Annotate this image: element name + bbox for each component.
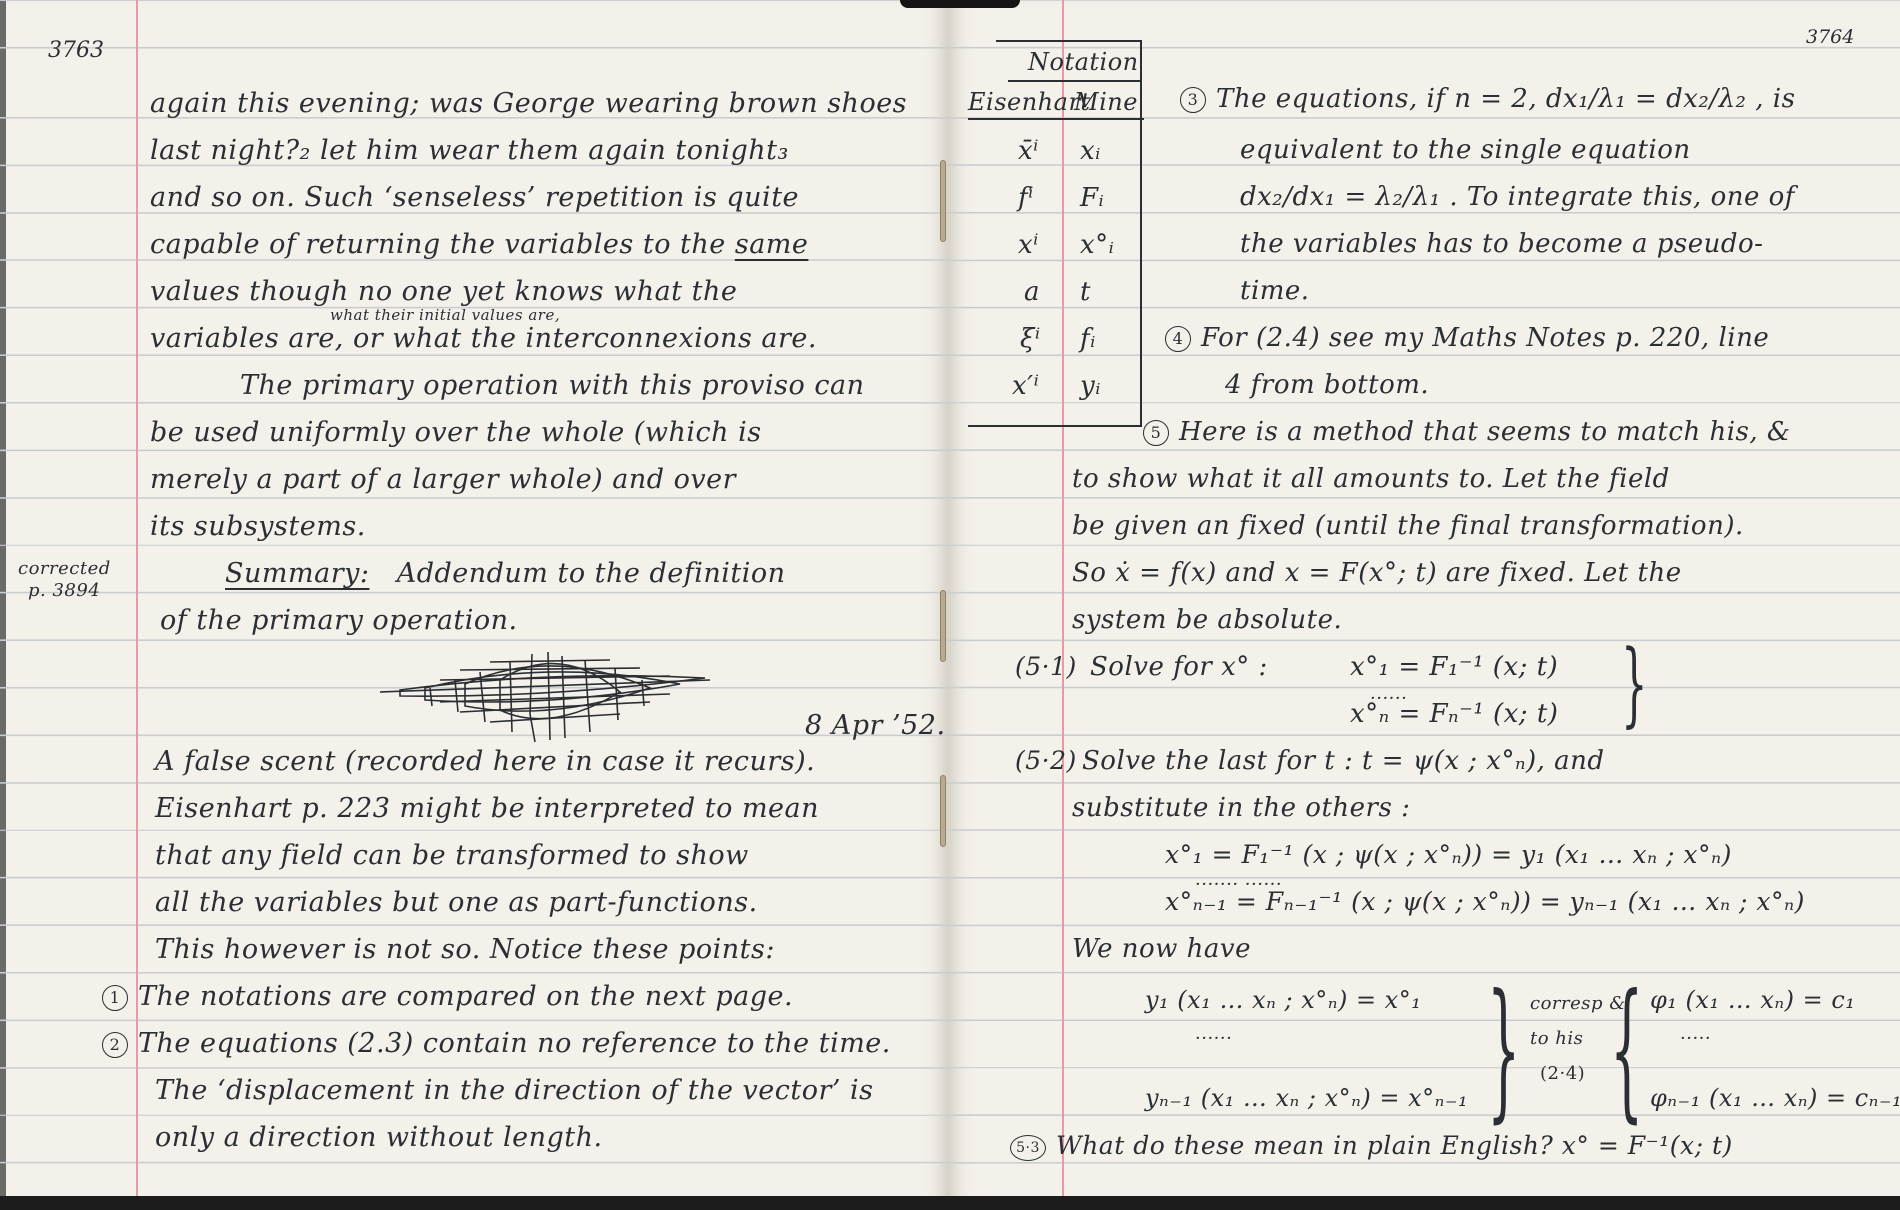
text-line: merely a part of a larger whole) and ove… xyxy=(150,466,736,493)
equation-text: Solve for x° : xyxy=(1090,654,1268,680)
circled-number: 5·3 xyxy=(1010,1135,1046,1161)
equation-row: y₁ (x₁ … xₙ ; x°ₙ) = x°₁ xyxy=(1145,988,1421,1012)
text-line: equivalent to the single equation xyxy=(1240,137,1691,163)
equation-row: x°ₙ = Fₙ⁻¹ (x; t) xyxy=(1350,701,1558,727)
point-text: Here is a method that seems to match his… xyxy=(1179,417,1791,447)
binding-thread xyxy=(940,775,946,847)
page-number: 3764 xyxy=(1806,26,1854,48)
equation-dots: ······ xyxy=(1195,1030,1232,1048)
text-line: 4 from bottom. xyxy=(1225,372,1429,398)
equation-dots: ····· xyxy=(1680,1030,1711,1048)
table-cell: x′ⁱ xyxy=(1012,373,1039,399)
point-5-line: 5Here is a method that seems to match hi… xyxy=(1143,419,1791,446)
summary-line: Summary: Addendum to the definition xyxy=(225,560,786,587)
text-line: all the variables but one as part-functi… xyxy=(155,889,758,916)
point-text: The equations, if n = 2, dx₁/λ₁ = dx₂/λ₂… xyxy=(1216,84,1795,114)
binding-thread xyxy=(940,590,946,662)
text-line: This however is not so. Notice these poi… xyxy=(155,936,775,963)
summary-text: Addendum to the definition xyxy=(397,558,786,589)
numbered-point: 1The notations are compared on the next … xyxy=(102,983,793,1011)
text-fragment: capable of returning the variables to th… xyxy=(150,229,735,260)
table-border xyxy=(968,425,1142,427)
text-line: only a direction without length. xyxy=(155,1124,603,1151)
insertion-note: what their initial values are, xyxy=(330,308,560,323)
question-text: What do these mean in plain English? x° … xyxy=(1056,1131,1733,1160)
table-cell: t xyxy=(1080,279,1091,305)
numbered-point: 2The equations (2.3) contain no referenc… xyxy=(102,1030,891,1058)
text-line: to show what it all amounts to. Let the … xyxy=(1072,466,1670,492)
text-line: Eisenhart p. 223 might be interpreted to… xyxy=(155,795,819,822)
circled-number: 2 xyxy=(102,1032,128,1058)
text-line: be given an fixed (until the final trans… xyxy=(1072,513,1744,539)
table-cell: fⁱ xyxy=(1018,185,1034,211)
table-border xyxy=(1008,80,1142,82)
equation-row: φₙ₋₁ (x₁ … xₙ) = cₙ₋₁ xyxy=(1650,1086,1900,1110)
question-line: 5·3What do these mean in plain English? … xyxy=(1010,1133,1733,1161)
text-line: substitute in the others : xyxy=(1072,795,1410,821)
equation-row: φ₁ (x₁ … xₙ) = c₁ xyxy=(1650,988,1855,1012)
text-line: A false scent (recorded here in case it … xyxy=(155,748,815,775)
equation-row: x°₁ = F₁⁻¹ (x; t) xyxy=(1350,654,1558,680)
page-bottom-edge xyxy=(948,1196,1900,1210)
text-line: The primary operation with this proviso … xyxy=(240,372,864,399)
text-line: We now have xyxy=(1072,936,1251,962)
point-text: For (2.4) see my Maths Notes p. 220, lin… xyxy=(1201,323,1769,353)
circled-number: 3 xyxy=(1180,87,1206,113)
equation-text: Solve the last for t : t = ψ(x ; x°ₙ), a… xyxy=(1082,748,1605,774)
text-line: of the primary operation. xyxy=(160,607,518,634)
text-line: that any field can be transformed to sho… xyxy=(155,842,749,869)
spine-top xyxy=(900,0,1020,8)
right-brace: } xyxy=(1621,638,1647,730)
table-cell: yᵢ xyxy=(1080,373,1101,399)
point-4-line: 4For (2.4) see my Maths Notes p. 220, li… xyxy=(1165,325,1769,352)
circled-number: 4 xyxy=(1165,326,1191,352)
text-line: the variables has to become a pseudo- xyxy=(1240,231,1763,257)
text-line: values though no one yet knows what the xyxy=(150,278,737,305)
equation-label: (5·2) xyxy=(1015,748,1077,773)
table-cell: Fᵢ xyxy=(1080,185,1104,211)
text-line: time. xyxy=(1240,278,1310,304)
left-brace: { xyxy=(1610,975,1643,1125)
table-header: Mine xyxy=(1074,90,1138,114)
text-line: So ẋ = f(x) and x = F(x°; t) are fixed. … xyxy=(1072,560,1682,586)
text-line: system be absolute. xyxy=(1072,607,1342,633)
table-cell: a xyxy=(1024,279,1040,305)
margin-note-line: p. 3894 xyxy=(28,582,100,600)
circled-number: 5 xyxy=(1143,420,1169,446)
table-border xyxy=(996,40,1142,42)
table-cell: fᵢ xyxy=(1080,326,1096,352)
table-border xyxy=(968,118,1144,120)
table-cell: xᵢ xyxy=(1080,138,1101,164)
text-line: dx₂/dx₁ = λ₂/λ₁ . To integrate this, one… xyxy=(1240,184,1795,210)
text-line: be used uniformly over the whole (which … xyxy=(150,419,762,446)
equation-row: x°ₙ₋₁ = Fₙ₋₁⁻¹ (x ; ψ(x ; x°ₙ)) = yₙ₋₁ (… xyxy=(1165,889,1805,914)
table-cell: ξⁱ xyxy=(1020,326,1041,352)
notation-table: Notation Eisenhart Mine x̄ⁱ xᵢ fⁱ Fᵢ xⁱ … xyxy=(968,40,1140,430)
left-page: 3763 again this evening; was George wear… xyxy=(0,0,948,1210)
page-bottom-edge xyxy=(0,1196,948,1210)
text-line: capable of returning the variables to th… xyxy=(150,231,808,258)
equation-label: (5·1) xyxy=(1015,654,1077,679)
text-line: again this evening; was George wearing b… xyxy=(150,90,907,117)
table-title: Notation xyxy=(1028,50,1139,74)
equation-row: yₙ₋₁ (x₁ … xₙ ; x°ₙ) = x°ₙ₋₁ xyxy=(1145,1086,1468,1110)
text-line: The ‘displacement in the direction of th… xyxy=(155,1077,874,1104)
text-line: last night?₂ let him wear them again ton… xyxy=(150,137,789,164)
right-brace: } xyxy=(1487,975,1520,1125)
point-3-line: 3The equations, if n = 2, dx₁/λ₁ = dx₂/λ… xyxy=(1180,86,1795,113)
binding-thread xyxy=(940,160,946,242)
page-number: 3763 xyxy=(48,38,104,63)
point-text: The notations are compared on the next p… xyxy=(138,981,793,1012)
text-line: and so on. Such ‘senseless’ repetition i… xyxy=(150,184,799,211)
ellipsoid-sketch xyxy=(380,650,720,745)
circled-number: 1 xyxy=(102,985,128,1011)
table-border xyxy=(1140,40,1142,425)
underlined-word: same xyxy=(735,229,809,260)
table-cell: x°ᵢ xyxy=(1080,232,1114,258)
text-line: variables are, or what the interconnexio… xyxy=(150,325,817,352)
text-line: its subsystems. xyxy=(150,513,366,540)
correspondence-note: to his xyxy=(1530,1030,1583,1048)
equation-row: x°₁ = F₁⁻¹ (x ; ψ(x ; x°ₙ)) = y₁ (x₁ … x… xyxy=(1165,842,1732,867)
table-cell: x̄ⁱ xyxy=(1018,138,1039,164)
point-text: The equations (2.3) contain no reference… xyxy=(138,1028,891,1059)
table-cell: xⁱ xyxy=(1018,232,1039,258)
margin-note-line: corrected xyxy=(18,560,111,578)
entry-date: 8 Apr ’52. xyxy=(805,712,946,739)
table-header: Eisenhart xyxy=(968,90,1091,114)
correspondence-note: (2·4) xyxy=(1540,1065,1585,1083)
summary-label: Summary: xyxy=(225,558,369,589)
